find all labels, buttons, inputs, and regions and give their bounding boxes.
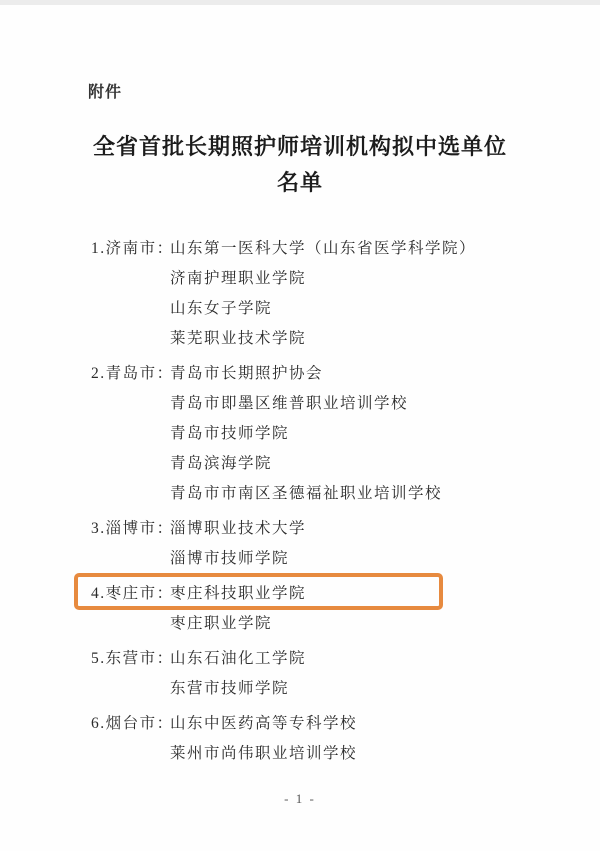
list-row: 3.淄博市：淄博职业技术大学 [91,512,571,542]
institution-name: 青岛市技师学院 [170,421,571,443]
city-label: 2.青岛市： [91,361,170,383]
list-row: 淄博市技师学院 [91,542,571,572]
document-title-line1: 全省首批长期照护师培训机构拟中选单位 [93,134,507,159]
list-row: 东营市技师学院 [91,672,571,702]
institution-name: 淄博职业技术大学 [170,516,571,538]
list-row: 1.济南市：山东第一医科大学（山东省医学科学院） [91,232,571,262]
list-row: 6.烟台市：山东中医药高等专科学校 [91,707,571,737]
list-row: 枣庄职业学院 [91,607,571,637]
list-row: 5.东营市：山东石油化工学院 [91,642,571,672]
city-label: 4.枣庄市： [91,581,170,603]
city-name: 淄博市： [106,520,174,537]
list-row: 青岛市即墨区维普职业培训学校 [91,387,571,417]
institution-name: 枣庄职业学院 [170,611,571,633]
institution-name: 青岛市长期照护协会 [170,361,571,383]
institution-list: 1.济南市：山东第一医科大学（山东省医学科学院）济南护理职业学院山东女子学院莱芜… [91,232,571,772]
attachment-label: 附件 [88,79,122,102]
list-row: 莱州市尚伟职业培训学校 [91,737,571,767]
list-row: 4.枣庄市：枣庄科技职业学院 [91,577,571,607]
institution-name: 山东女子学院 [170,296,571,318]
institution-name: 山东第一医科大学（山东省医学科学院） [170,236,571,258]
institution-name: 淄博市技师学院 [170,546,571,568]
city-number: 6. [91,715,106,732]
institution-name: 青岛市即墨区维普职业培训学校 [170,391,571,413]
document-title-line2: 名单 [277,170,323,195]
city-number: 2. [91,365,106,382]
institution-name: 山东石油化工学院 [170,646,571,668]
list-row: 2.青岛市：青岛市长期照护协会 [91,357,571,387]
list-row: 济南护理职业学院 [91,262,571,292]
institution-name: 山东中医药高等专科学校 [170,711,571,733]
city-name: 济南市： [106,240,174,257]
city-group: 5.东营市：山东石油化工学院东营市技师学院 [91,642,571,702]
institution-name: 枣庄科技职业学院 [170,581,571,603]
city-label: 3.淄博市： [91,516,170,538]
city-group: 1.济南市：山东第一医科大学（山东省医学科学院）济南护理职业学院山东女子学院莱芜… [91,232,571,352]
institution-name: 济南护理职业学院 [170,266,571,288]
city-number: 1. [91,240,106,257]
city-label: 5.东营市： [91,646,170,668]
city-number: 5. [91,650,106,667]
document-page: 附件 全省首批长期照护师培训机构拟中选单位名单 1.济南市：山东第一医科大学（山… [0,0,600,851]
top-edge-strip [0,0,600,5]
document-title: 全省首批长期照护师培训机构拟中选单位名单 [0,129,600,201]
list-row: 山东女子学院 [91,292,571,322]
list-row: 青岛滨海学院 [91,447,571,477]
city-label: 6.烟台市： [91,711,170,733]
city-number: 3. [91,520,106,537]
institution-name: 青岛滨海学院 [170,451,571,473]
city-group: 6.烟台市：山东中医药高等专科学校莱州市尚伟职业培训学校 [91,707,571,767]
city-number: 4. [91,585,106,602]
institution-name: 莱州市尚伟职业培训学校 [170,741,571,763]
city-group: 3.淄博市：淄博职业技术大学淄博市技师学院 [91,512,571,572]
institution-name: 莱芜职业技术学院 [170,326,571,348]
institution-name: 青岛市市南区圣德福祉职业培训学校 [170,481,571,503]
city-name: 枣庄市： [106,585,174,602]
city-group: 2.青岛市：青岛市长期照护协会青岛市即墨区维普职业培训学校青岛市技师学院青岛滨海… [91,357,571,507]
institution-name: 东营市技师学院 [170,676,571,698]
city-name: 烟台市： [106,715,174,732]
city-group: 4.枣庄市：枣庄科技职业学院枣庄职业学院 [91,577,571,637]
city-label: 1.济南市： [91,236,170,258]
city-name: 东营市： [106,650,174,667]
list-row: 青岛市市南区圣德福祉职业培训学校 [91,477,571,507]
page-number: - 1 - [0,791,600,807]
list-row: 莱芜职业技术学院 [91,322,571,352]
list-row: 青岛市技师学院 [91,417,571,447]
city-name: 青岛市： [106,365,174,382]
